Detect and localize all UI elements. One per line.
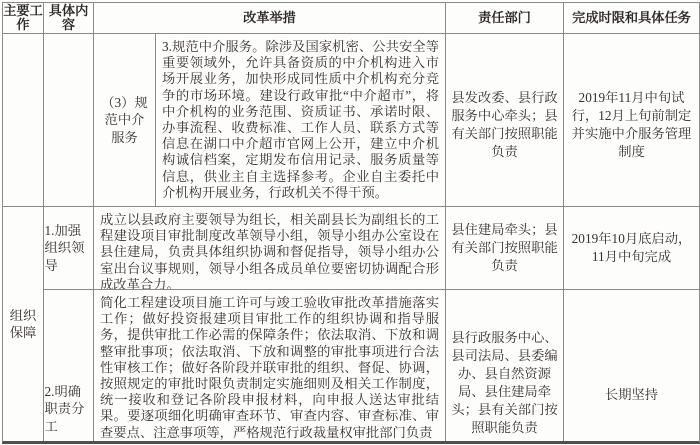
row2-deadline-text: 2019年10月底启动，11月中旬完成 xyxy=(568,230,695,266)
approval-reform-table: 主要工作 具体内容 改革举措 责任部门 完成时限和具体任务 （3）规范中介服务 … xyxy=(2,2,700,444)
row1-detail-cell: （3）规范中介服务 xyxy=(94,34,156,207)
row2-measures-cell: 成立以县政府主要领导为组长，相关副县长为副组长的工程建设项目审批制度改革领导小组… xyxy=(94,207,446,290)
header-label-deadline: 完成时限和具体任务 xyxy=(572,11,691,26)
row1-measures-cell: 3.规范中介服务。除涉及国家机密、公共安全等重要领域外，允许具备资质的中介机构进… xyxy=(156,34,446,207)
row1-deadline-text: 2019年11月中旬试行，12月上旬前制定并实施中介服务管理制度 xyxy=(568,89,695,161)
row1-empty-detail-cell xyxy=(44,34,94,207)
row1-dept-text: 县发改委、县行政服务中心牵头；县有关部门按照职能负责 xyxy=(450,89,559,161)
row1-deadline-cell: 2019年11月中旬试行，12月上旬前制定并实施中介服务管理制度 xyxy=(564,34,699,207)
row3-detail-label: 2.明确职责分工 xyxy=(45,383,93,436)
row3-measures-text: 简化工程建设项目施工许可与竣工验收审批改革措施落实工作；做好投资报建项目审批工作… xyxy=(100,295,439,440)
header-cell-measures: 改革举措 xyxy=(94,3,446,34)
header-cell-detail: 具体内容 xyxy=(44,3,94,34)
row3-deadline-text: 长期坚持 xyxy=(605,386,658,404)
header-label-measures: 改革举措 xyxy=(243,11,296,26)
main-work-group-cell: 组织保障 xyxy=(3,207,44,441)
row2-detail-label: 1.加强组织领导 xyxy=(45,222,93,275)
row1-detail-label: （3）规范中介服务 xyxy=(101,94,149,147)
header-cell-deadline: 完成时限和具体任务 xyxy=(564,3,699,34)
header-cell-main-work: 主要工作 xyxy=(3,3,44,34)
header-cell-dept: 责任部门 xyxy=(446,3,564,34)
row2-dept-cell: 县住建局牵头；县有关部门按照职能负责 xyxy=(446,207,564,290)
row3-measures-cell: 简化工程建设项目施工许可与竣工验收审批改革措施落实工作；做好投资报建项目审批工作… xyxy=(94,290,446,441)
row2-measures-text: 成立以县政府主要领导为组长，相关副县长为副组长的工程建设项目审批制度改革领导小组… xyxy=(100,212,439,290)
header-label-detail: 具体内容 xyxy=(44,4,93,33)
row2-deadline-cell: 2019年10月底启动，11月中旬完成 xyxy=(564,207,699,290)
row1-dept-cell: 县发改委、县行政服务中心牵头；县有关部门按照职能负责 xyxy=(446,34,564,207)
row2-detail-cell: 1.加强组织领导 xyxy=(44,207,94,290)
header-label-main-work: 主要工作 xyxy=(3,4,43,33)
row3-deadline-cell: 长期坚持 xyxy=(564,290,699,441)
main-work-group-label: 组织保障 xyxy=(9,307,37,342)
row3-detail-cell: 2.明确职责分工 xyxy=(44,290,94,441)
row1-measures-text: 3.规范中介服务。除涉及国家机密、公共安全等重要领域外，允许具备资质的中介机构进… xyxy=(162,39,439,200)
row3-dept-cell: 县行政服务中心、县司法局、县委编办、县自然资源局、县住建局牵头；县有关部门按照职… xyxy=(446,290,564,441)
header-label-dept: 责任部门 xyxy=(478,11,531,26)
row1-empty-main-work-cell xyxy=(3,34,44,207)
row2-dept-text: 县住建局牵头；县有关部门按照职能负责 xyxy=(450,221,559,275)
row3-dept-text: 县行政服务中心、县司法局、县委编办、县自然资源局、县住建局牵头；县有关部门按照职… xyxy=(450,329,559,437)
